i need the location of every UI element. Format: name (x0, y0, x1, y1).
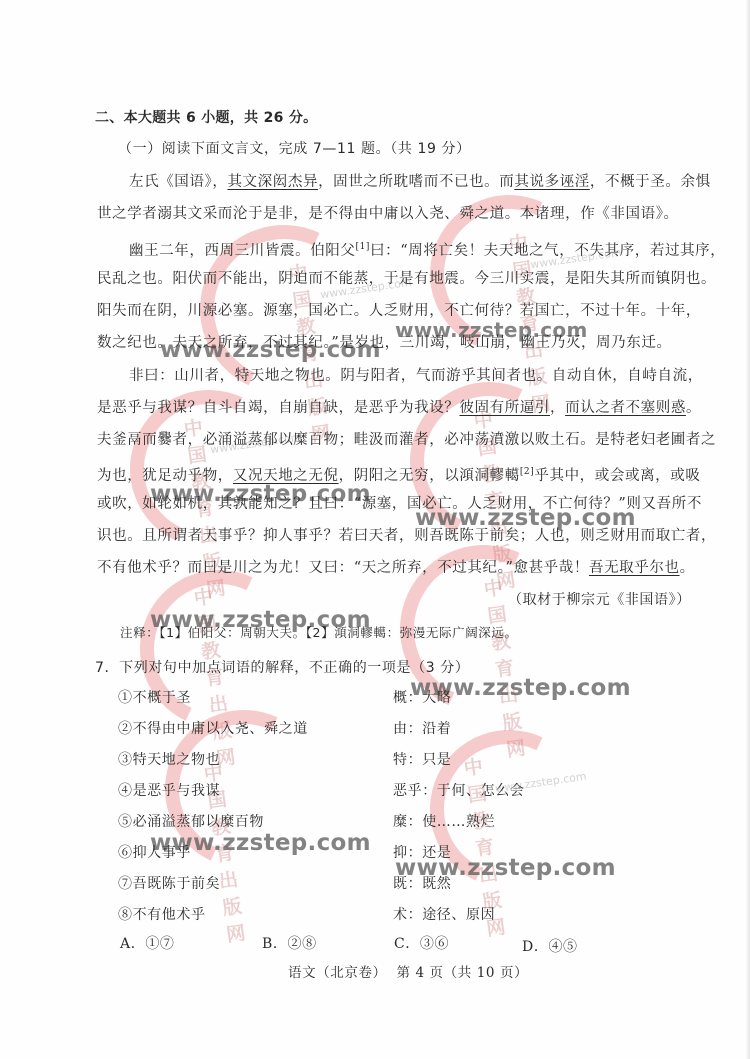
choice-value: ③⑥ (420, 936, 449, 952)
underlined-phrase: 又况天地之无倪 (233, 468, 339, 484)
underlined-phrase: 其说多诬淫 (514, 174, 590, 190)
item-gloss: 既：既然 (393, 874, 451, 894)
section-title: 二、本大题共 6 小题，共 26 分。 (95, 108, 317, 128)
item-sentence: ⑤必涌溢蒸郁以糜百物 (118, 812, 264, 832)
text: ， (550, 400, 565, 416)
text: ，固世之所耽嗜而不已也。而 (318, 174, 514, 190)
passage-p3-line4: 为也，犹足动乎物，又况天地之无倪，阴阳之无穷，以澒洞轇轕[2]乎其中，或会或离，… (97, 462, 700, 486)
choice-c[interactable]: C．③⑥ (394, 934, 449, 954)
item-text: 是恶乎与我谋 (133, 783, 221, 799)
passage-p3-line3: 夫釜鬲而爨者，必涌溢蒸郁以糜百物；畦汲而灌者，必冲荡濆激以败土石。是特老妇老圃者… (97, 430, 716, 450)
underlined-phrase: 而认之者不塞则惑 (565, 400, 686, 416)
text: 不有他术乎？而曰是川之为尤！又曰：“天之所弃，不过其纪。”愈甚乎哉！ (97, 560, 589, 576)
underlined-phrase: 吾无取乎尔也 (589, 560, 680, 576)
underlined-phrase: 其文深闳杰异 (227, 174, 318, 190)
item-gloss: 糜：使……熟烂 (393, 812, 495, 832)
item-text: 特天地之物也 (133, 752, 221, 768)
text: ，不概于圣。余惧 (590, 174, 711, 190)
choice-label: D． (522, 939, 548, 955)
exam-page: 中国教育出版网 www.zzstep.com 中国教育出版网 www.zzste… (0, 0, 750, 1059)
choice-value: ①⑦ (145, 936, 174, 952)
passage-p3-line5: 或吹，如轮如机，其孰能知之？且曰：“源塞，国必亡。人乏财用，不亡何待？”则又吾所… (97, 494, 702, 514)
item-number: ⑧ (118, 907, 133, 923)
item-text: 不概于圣 (133, 690, 191, 706)
choice-label: B． (262, 936, 288, 952)
item-gloss: 抑：还是 (393, 843, 451, 863)
passage-p3-line1: 非曰：山川者，特天地之物也。阴与阳者，气而游乎其间者也。自动自休，自峙自流， (129, 366, 703, 386)
text: 左氏《国语》， (129, 174, 227, 190)
passage-p2-line4: 数之纪也。夫天之所弃，不过其纪。”是岁也，三川竭，岐山崩，幽王乃灭，周乃东迁。 (97, 333, 672, 353)
item-number: ③ (118, 752, 133, 768)
section-subtitle: （一）阅读下面文言文，完成 7—11 题。（共 19 分） (118, 139, 471, 159)
passage-p2-line2: 民乱之也。阳伏而不能出，阴迫而不能蒸，于是有地震。今三川实震，是阳失其所而镇阴也… (97, 269, 716, 289)
item-number: ⑦ (118, 876, 133, 892)
underlined-phrase: 彼固有所逼引 (459, 400, 550, 416)
passage-p1-line2: 世之学者溺其文采而沦于是非，是不得由中庸以入尧、舜之道。本诸理，作《非国语》。 (97, 204, 679, 224)
item-number: ① (118, 690, 133, 706)
passage-p1-line1: 左氏《国语》，其文深闳杰异，固世之所耽嗜而不已也。而其说多诬淫，不概于圣。余惧 (129, 172, 711, 192)
item-sentence: ④是恶乎与我谋 (118, 781, 220, 801)
choice-label: A． (120, 936, 145, 952)
choice-a[interactable]: A．①⑦ (120, 934, 175, 954)
footnote-ref: [2] (520, 467, 535, 477)
text: ，阴阳之无穷，以澒洞轇轕 (339, 468, 520, 484)
item-sentence: ⑦吾既陈于前矣 (118, 874, 220, 894)
item-sentence: ③特天地之物也 (118, 750, 220, 770)
passage-p2-line1: 幽王二年，西周三川皆震。伯阳父[1]曰：“周将亡矣！夫天地之气，不失其序，若过其… (129, 237, 725, 261)
choice-value: ②⑧ (288, 936, 317, 952)
choice-b[interactable]: B．②⑧ (262, 934, 317, 954)
passage-source: （取材于柳宗元《非国语》） (508, 590, 691, 610)
text: 是恶乎与我谋？自斗自竭，自崩自缺，是恶乎为我设？ (97, 400, 459, 416)
passage-p3-line7: 不有他术乎？而曰是川之为尤！又曰：“天之所弃，不过其纪。”愈甚乎哉！吾无取乎尔也… (97, 558, 695, 578)
item-sentence: ⑥抑人事乎 (118, 843, 191, 863)
text: 幽王二年，西周三川皆震。伯阳父 (129, 243, 356, 259)
text: 曰：“周将亡矣！夫天地之气，不失其序，若过其序， (370, 243, 725, 259)
item-gloss: 由：沿着 (393, 719, 451, 739)
choice-label: C． (394, 936, 420, 952)
choice-d[interactable]: D．④⑤ (522, 937, 578, 957)
text: 。 (686, 400, 701, 416)
item-gloss: 概：大略 (393, 688, 451, 708)
item-gloss: 术：途径、原因 (393, 905, 495, 925)
item-gloss: 恶乎：于何、怎么会 (393, 781, 524, 801)
item-number: ② (118, 721, 133, 737)
page-footer: 语文（北京卷） 第 4 页（共 10 页） (288, 963, 528, 983)
item-number: ⑥ (118, 845, 133, 861)
text: 乎其中，或会或离，或吸 (534, 468, 700, 484)
passage-p3-line6: 识也。且所谓者天事乎？抑人事乎？若曰天者，则吾既陈于前矣；人也，则乏财用而取亡者… (97, 526, 716, 546)
item-number: ⑤ (118, 814, 133, 830)
item-sentence: ①不概于圣 (118, 688, 191, 708)
item-gloss: 特：只是 (393, 750, 451, 770)
item-text: 必涌溢蒸郁以糜百物 (133, 814, 264, 830)
item-text: 不有他术乎 (133, 907, 206, 923)
text: 为也，犹足动乎物， (97, 468, 233, 484)
item-text: 不得由中庸以入尧、舜之道 (133, 721, 308, 737)
question-7-stem: 7．下列对句中加点词语的解释，不正确的一项是（3 分） (95, 658, 469, 678)
item-sentence: ⑧不有他术乎 (118, 905, 206, 925)
item-number: ④ (118, 783, 133, 799)
passage-p2-line3: 阳失而在阴，川源必塞。源塞，国必亡。人乏财用，不亡何待？若国亡，不过十年。十年， (97, 301, 701, 321)
page-edge (746, 0, 750, 1059)
passage-p3-line2: 是恶乎与我谋？自斗自竭，自崩自缺，是恶乎为我设？彼固有所逼引，而认之者不塞则惑。 (97, 398, 701, 418)
item-text: 吾既陈于前矣 (133, 876, 221, 892)
choice-value: ④⑤ (548, 939, 577, 955)
footnote-ref: [1] (356, 242, 371, 252)
text: 。 (680, 560, 695, 576)
footnotes: 注释：【1】伯阳父：周朝大夫。【2】澒洞轇轕：弥漫无际广阔深远。 (120, 623, 518, 643)
item-sentence: ②不得由中庸以入尧、舜之道 (118, 719, 308, 739)
item-text: 抑人事乎 (133, 845, 191, 861)
